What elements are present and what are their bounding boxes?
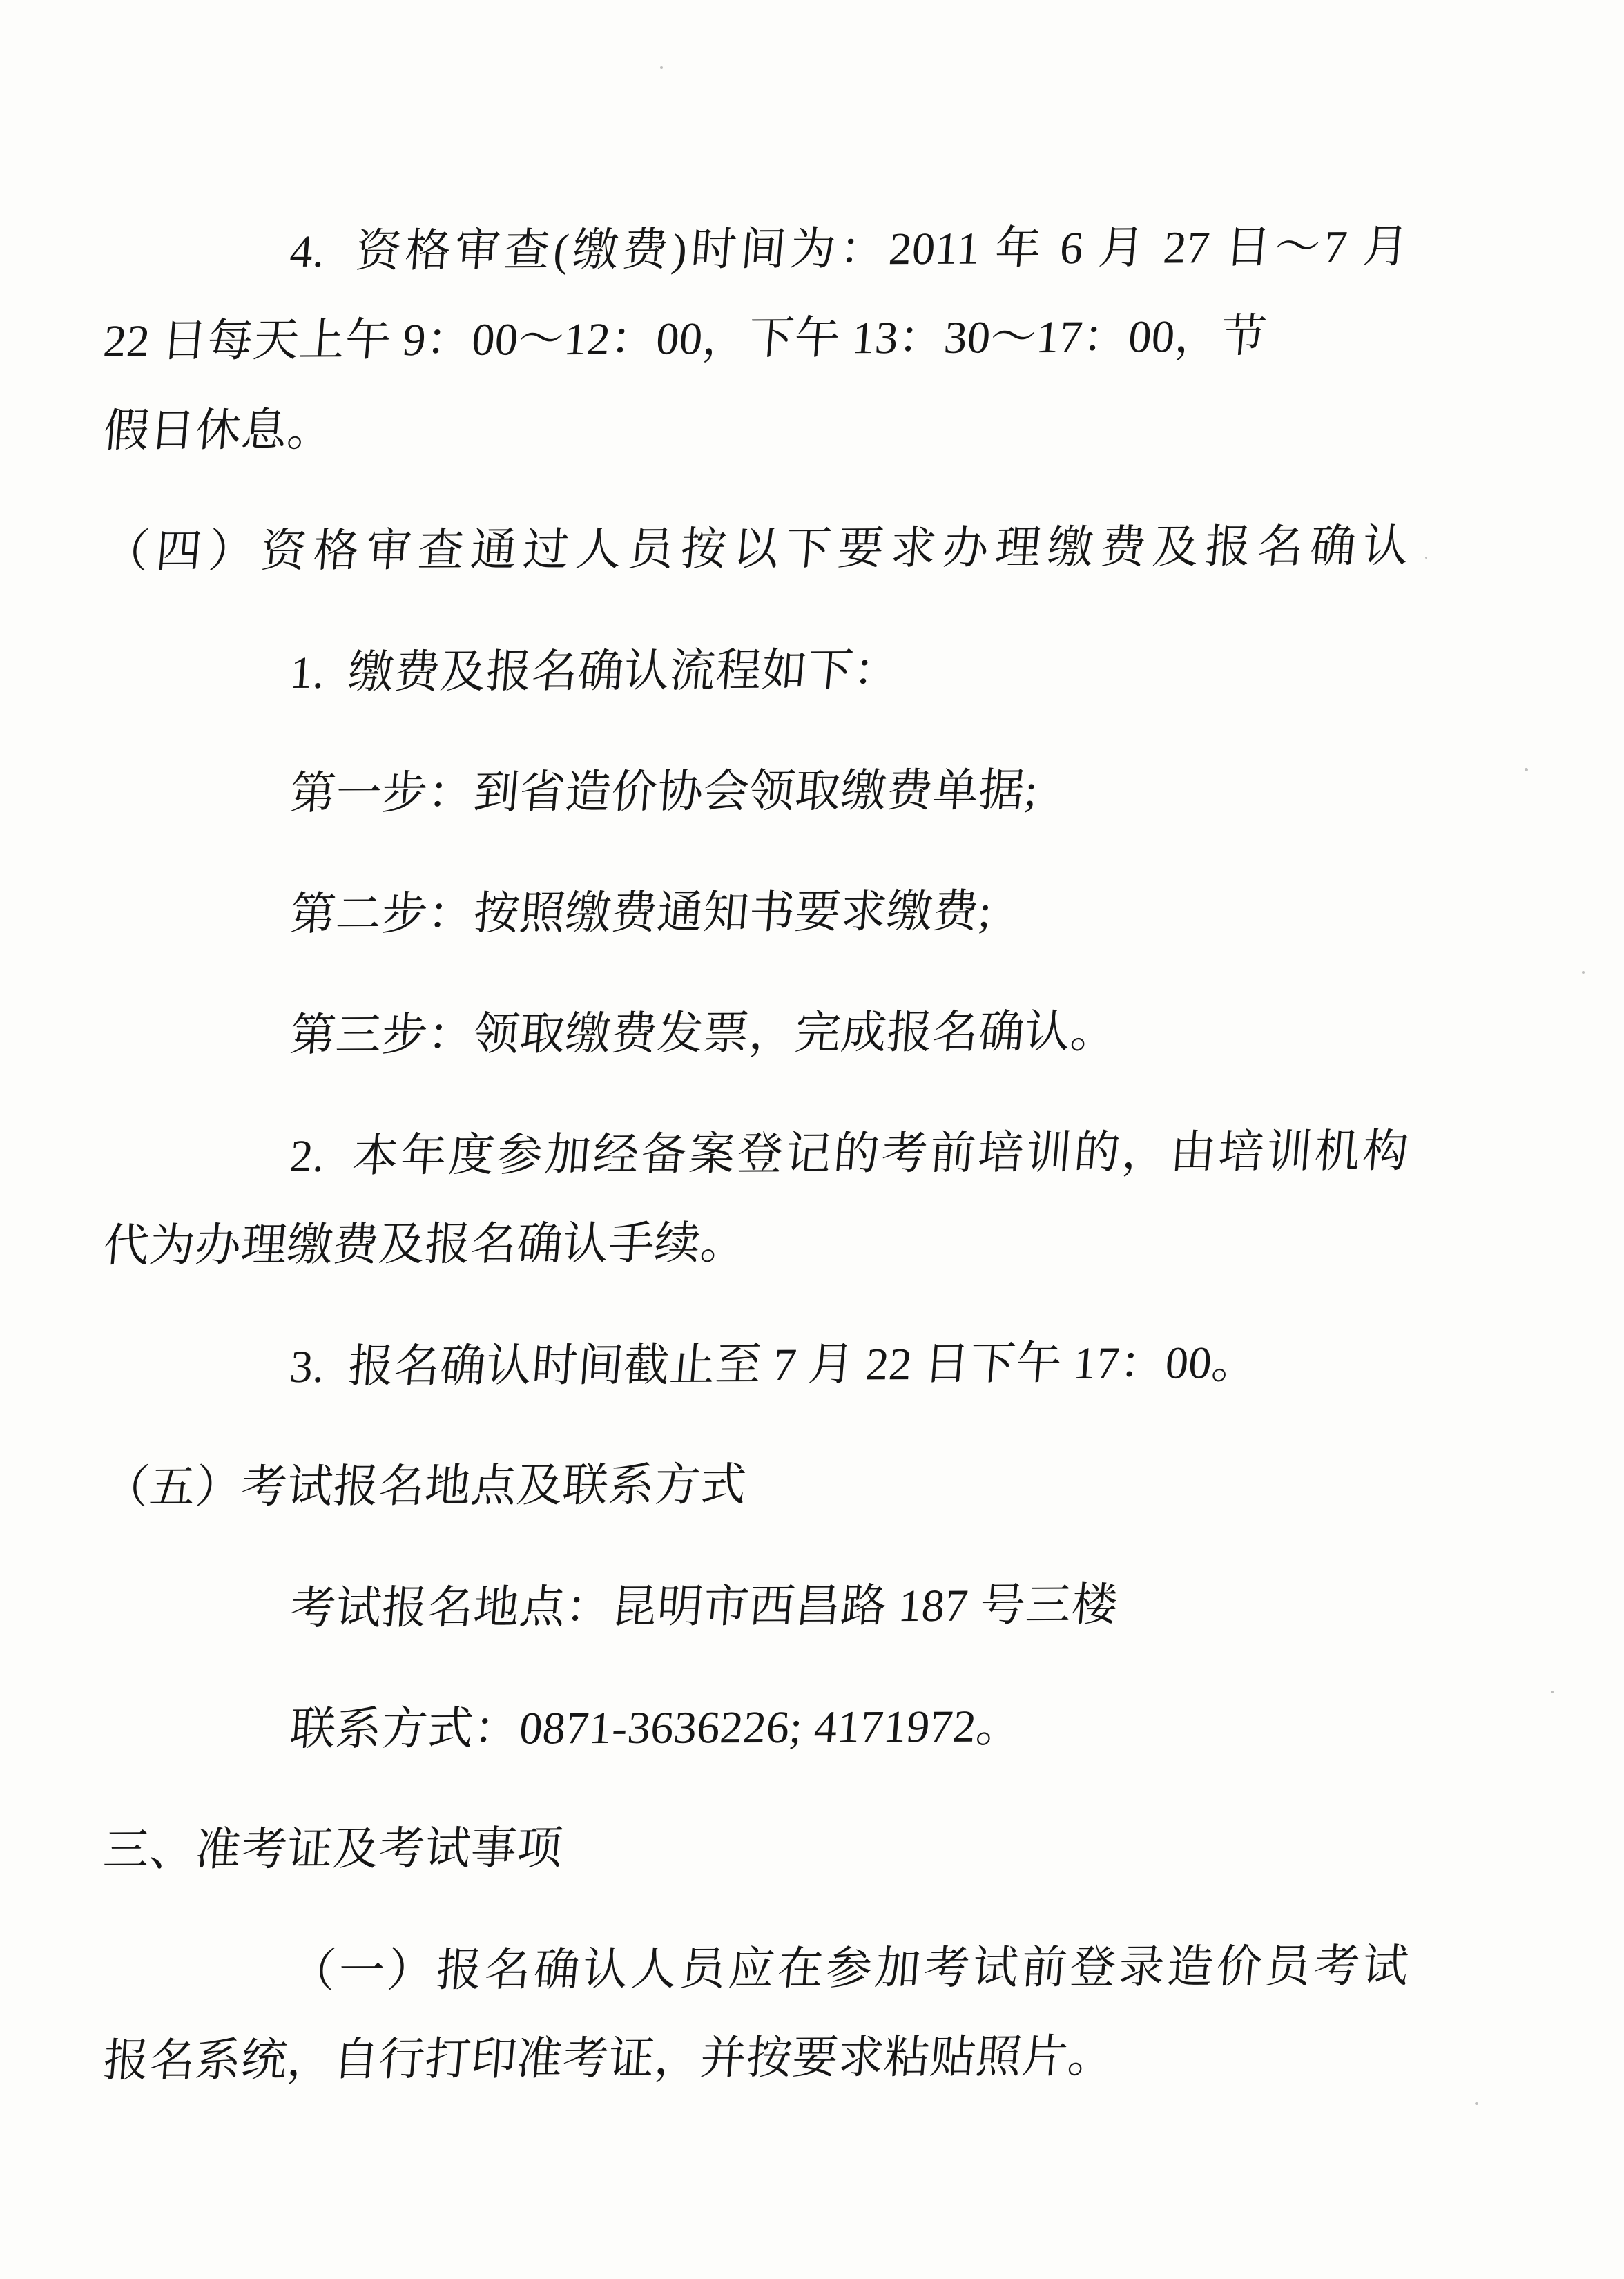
item2-training-line2: 代为办理缴费及报名确认手续。 — [100, 1196, 1413, 1291]
item2-training-line1: 2. 本年度参加经备案登记的考前培训的，由培训机构 — [287, 1107, 1413, 1202]
scan-speck — [1425, 557, 1427, 559]
section-wu-heading: （五）考试报名地点及联系方式 — [100, 1438, 1413, 1533]
item3-1-admission-line1: （一）报名确认人员应在参加考试前登录造价员考试 — [287, 1922, 1413, 2017]
item3-deadline-line: 3. 报名确认时间截止至 7 月 22 日下午 17：00。 — [287, 1318, 1413, 1412]
scan-speck — [1525, 768, 1528, 771]
scanned-document-page: 4. 资格审查(缴费)时间为：2011 年 6 月 27 日～7 月 22 日每… — [0, 0, 1624, 2279]
scan-speck — [1582, 971, 1585, 974]
item4-review-time-line3: 假日休息。 — [100, 381, 1413, 477]
item1-payment-flow: 1. 缴费及报名确认流程如下： — [287, 624, 1413, 718]
item4-review-time-line1: 4. 资格审查(缴费)时间为：2011 年 6 月 27 日～7 月 — [287, 202, 1413, 297]
exam-location-line: 考试报名地点：昆明市西昌路 187 号三楼 — [287, 1559, 1413, 1654]
scan-speck — [1551, 1691, 1554, 1693]
scan-speck — [1475, 2102, 1478, 2105]
item4-review-time-line2: 22 日每天上午 9：00～12：00，下午 13：30～17：00，节 — [100, 291, 1413, 387]
contact-number-line: 联系方式：0871-3636226; 4171972。 — [287, 1680, 1413, 1775]
chapter-three-heading: 三、准考证及考试事项 — [100, 1800, 1413, 1896]
step-1-line: 第一步：到省造价协会领取缴费单据; — [287, 744, 1413, 839]
document-body: 4. 资格审查(缴费)时间为：2011 年 6 月 27 日～7 月 22 日每… — [0, 0, 1624, 2106]
item3-1-admission-line2: 报名系统，自行打印准考证，并按要求粘贴照片。 — [100, 2011, 1413, 2106]
step-2-line: 第二步：按照缴费通知书要求缴费; — [287, 865, 1413, 960]
section-si-heading: （四）资格审查通过人员按以下要求办理缴费及报名确认 — [100, 502, 1413, 597]
step-3-line: 第三步：领取缴费发票，完成报名确认。 — [287, 986, 1413, 1081]
scan-speck — [660, 66, 663, 69]
